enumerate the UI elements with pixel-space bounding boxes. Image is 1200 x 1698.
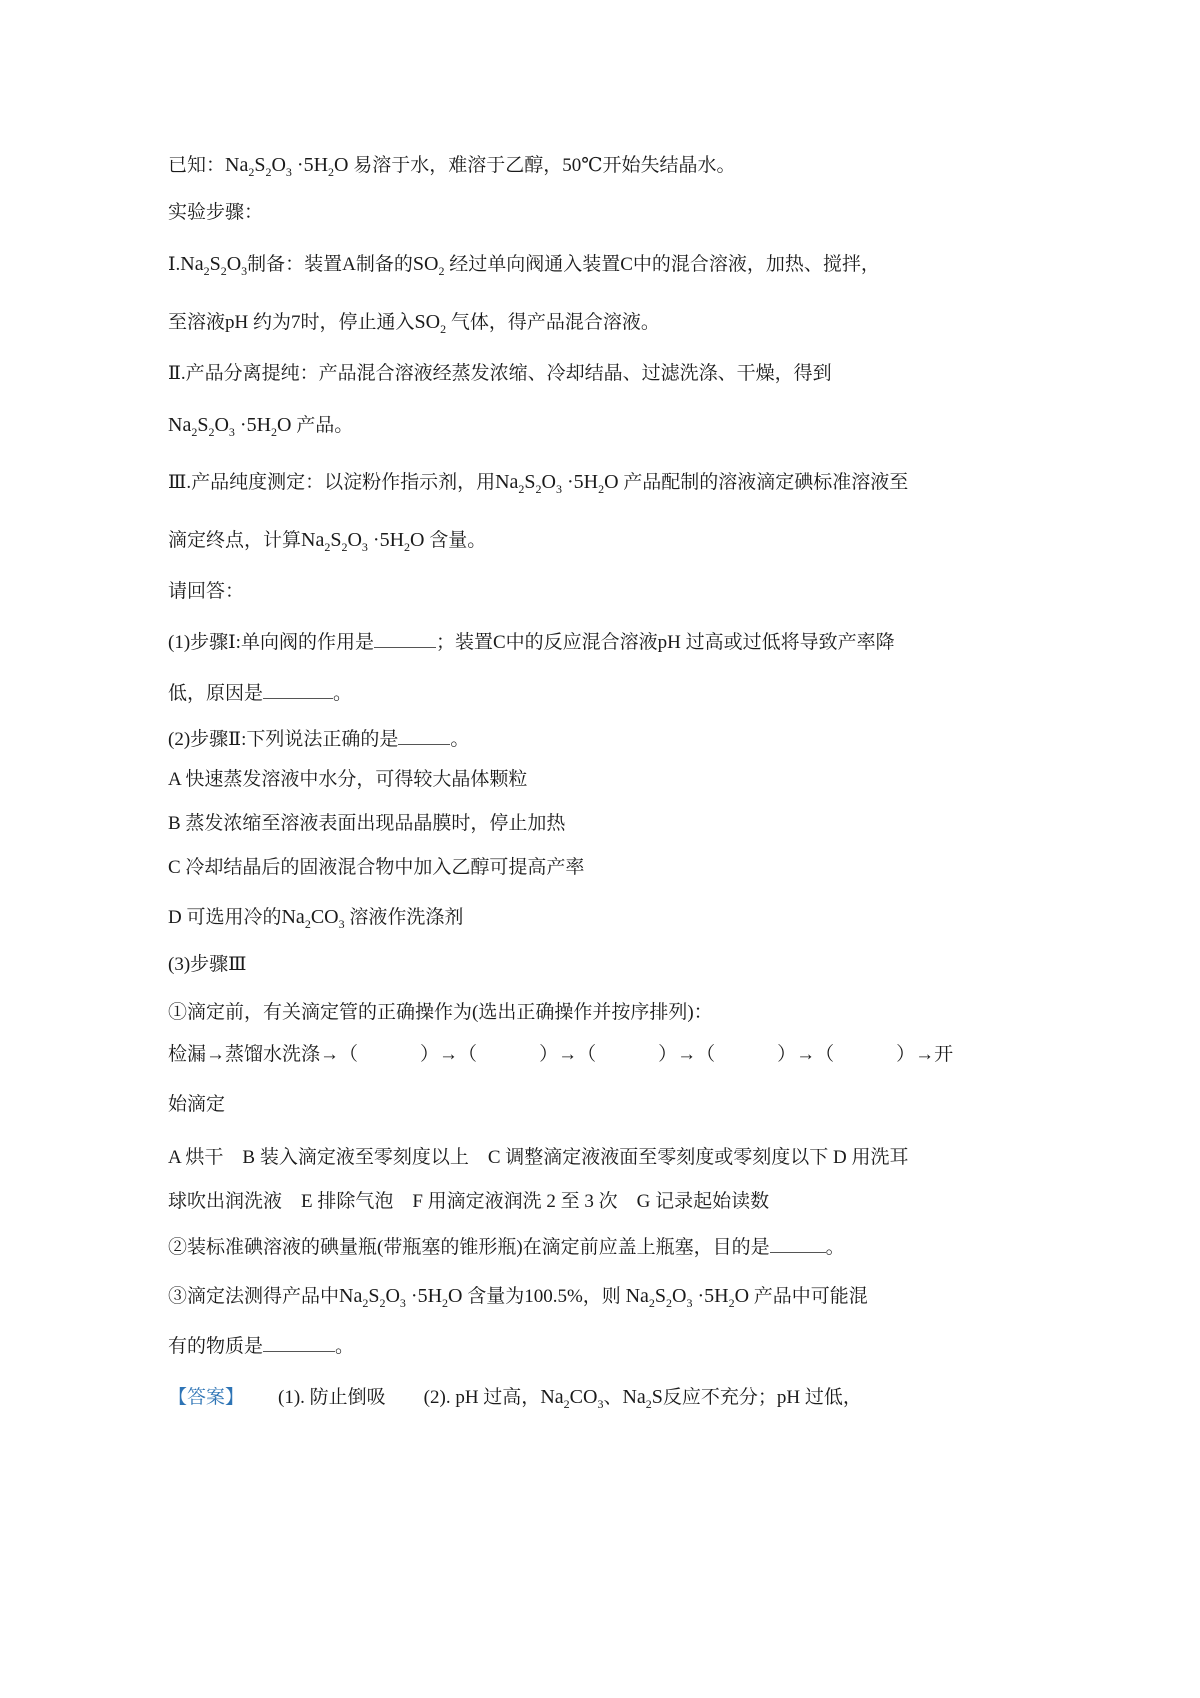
formula-so2: SO2 [413,253,445,275]
answer-line: 【答案】(1). 防止倒吸(2). pH 过高，Na2CO3、Na2S反应不充分… [168,1384,943,1411]
steps-heading: 实验步骤： [168,200,943,226]
step1-line2: 至溶液pH 约为7时，停止通入SO2 气体，得产品混合溶液。 [168,309,943,336]
step2-line1: Ⅱ.产品分离提纯：产品混合溶液经蒸发浓缩、冷却结晶、过滤洗涤、干燥，得到 [168,361,943,387]
q2-option-d: D 可选用冷的Na2CO3 溶液作洗涤剂 [168,904,943,931]
q1-line1: (1)步骤Ⅰ:单向阀的作用是；装置C中的反应混合溶液pH 过高或过低将导致产率降 [168,629,943,656]
known-prefix: 已知： [168,155,225,176]
formula-na2co3: Na2CO3 [281,906,344,928]
answer-part2: (2). pH 过高， [424,1387,541,1408]
step3-line1: Ⅲ.产品纯度测定：以淀粉作指示剂，用Na2S2O3 ·5H2O 产品配制的溶液滴… [168,469,943,496]
answer-blank[interactable] [263,1333,335,1352]
q3-sub1: ①滴定前，有关滴定管的正确操作为(选出正确操作并按序排列)： [168,1000,943,1026]
q3-sequence-wrap: 始滴定 [168,1092,943,1118]
formula-na2s2o3-5h2o: Na2S2O3 ·5H2O [168,414,291,436]
q2-stem: (2)步骤Ⅱ:下列说法正确的是。 [168,726,943,753]
q2-option-b: B 蒸发浓缩至溶液表面出现品晶膜时，停止加热 [168,811,943,837]
q3-sequence: 检漏→蒸馏水洗涤→（）→（）→（）→（）→（）→开 [168,1042,943,1068]
q3-sub2: ②装标准碘溶液的碘量瓶(带瓶塞的锥形瓶)在滴定前应盖上瓶塞，目的是。 [168,1234,943,1261]
answer-tag: 【答案】 [168,1387,244,1408]
step3-line2: 滴定终点，计算Na2S2O3 ·5H2O 含量。 [168,527,943,554]
formula-na2s2o3-5h2o: Na2S2O3 ·5H2O [301,529,424,551]
q3-ops-line2: 球吹出润洗液 E 排除气泡 F 用滴定液润洗 2 至 3 次 G 记录起始读数 [168,1189,943,1215]
q3-ops-line1: A 烘干 B 装入滴定液至零刻度以上 C 调整滴定液液面至零刻度或零刻度以下 D… [168,1145,943,1171]
answer-blank[interactable] [770,1234,826,1253]
answer-blank[interactable] [398,726,450,745]
formula-na2co3: Na2CO3 [540,1386,603,1408]
formula-na2s2o3-5h2o: Na2S2O3 ·5H2O [225,154,348,176]
q3-heading: (3)步骤Ⅲ [168,952,943,978]
formula-na2s2o3-5h2o: Na2S2O3 ·5H2O [339,1285,462,1307]
formula-na2s: Na2S [622,1386,662,1408]
answer-part1: (1). 防止倒吸 [278,1387,386,1408]
please-answer: 请回答： [168,579,943,605]
step1-line1: Ⅰ.Na2S2O3制备：装置A制备的SO2 经过单向阀通入装置C中的混合溶液，加… [168,251,943,278]
known-line: 已知：Na2S2O3 ·5H2O 易溶于水，难溶于乙醇，50℃开始失结晶水。 [168,152,943,179]
formula-na2s2o3-5h2o: Na2S2O3 ·5H2O [626,1285,749,1307]
q1-line2: 低，原因是。 [168,680,943,707]
known-text: 易溶于水，难溶于乙醇，50℃开始失结晶水。 [353,155,735,176]
formula-na2s2o3-5h2o: Na2S2O3 ·5H2O [495,471,618,493]
step2-line2: Na2S2O3 ·5H2O 产品。 [168,412,943,439]
formula-na2s2o3: Na2S2O3 [180,253,247,275]
q2-option-c: C 冷却结晶后的固液混合物中加入乙醇可提高产率 [168,855,943,881]
formula-so2: SO2 [414,311,446,333]
answer-blank[interactable] [374,629,436,648]
q3-sub3-line1: ③滴定法测得产品中Na2S2O3 ·5H2O 含量为100.5%，则 Na2S2… [168,1283,943,1310]
answer-blank[interactable] [263,680,333,699]
q3-sub3-line2: 有的物质是。 [168,1333,943,1360]
q2-option-a: A 快速蒸发溶液中水分，可得较大晶体颗粒 [168,767,943,793]
